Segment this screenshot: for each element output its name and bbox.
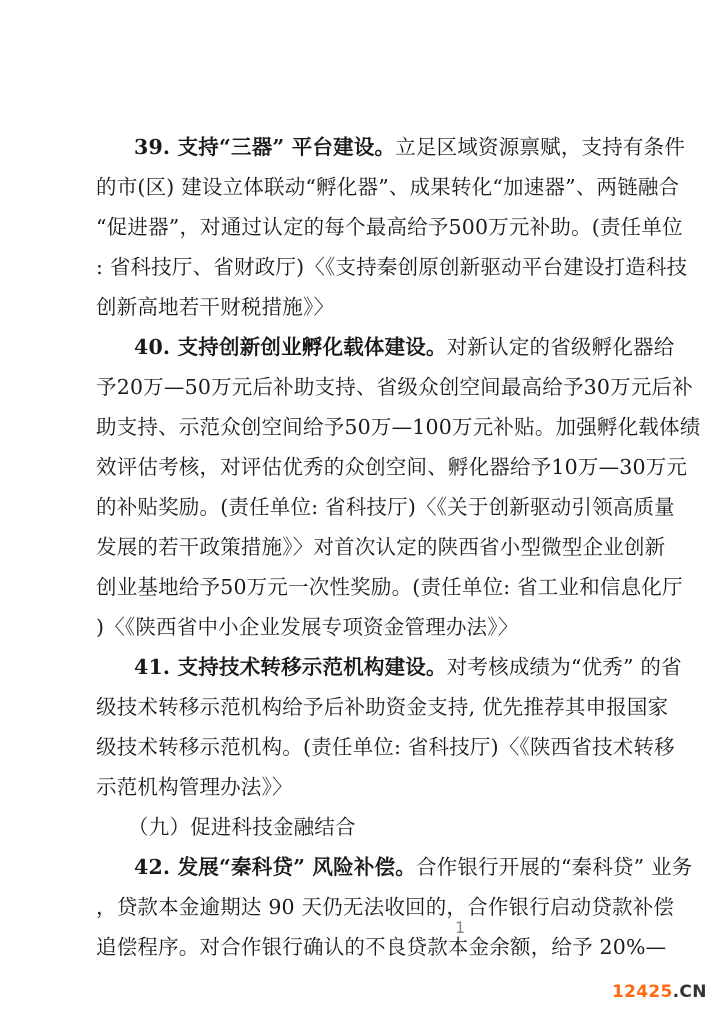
- site-watermark: 12425.CN: [612, 982, 707, 1002]
- text-line: 予20万—50万元后补助支持、省级众创空间最高给予30万元后补: [96, 367, 630, 407]
- document-page: 39. 支持“三器” 平台建设。立足区域资源禀赋，支持有条件 的市(区) 建设立…: [0, 0, 720, 1018]
- text-line: )〈《陕西省中小企业发展专项资金管理办法》〉: [96, 607, 630, 647]
- item-41-heading-line: 41. 支持技术转移示范机构建设。对考核成绩为“优秀” 的省: [134, 647, 630, 687]
- text-line: 的补贴奖励。(责任单位: 省科技厅)〈《关于创新驱动引领高质量: [96, 487, 630, 527]
- item-text: 立足区域资源禀赋，支持有条件: [395, 135, 685, 159]
- item-title: 支持“三器” 平台建设。: [178, 135, 396, 159]
- item-title: 支持技术转移示范机构建设。: [178, 655, 447, 679]
- item-title: 支持创新创业孵化载体建设。: [178, 335, 447, 359]
- item-42-heading-line: 42. 发展“秦科贷” 风险补偿。合作银行开展的“秦科贷” 业务: [134, 847, 630, 887]
- item-text: 合作银行开展的“秦科贷” 业务: [416, 855, 692, 879]
- item-number: 40.: [134, 335, 178, 359]
- text-line: “促进器”，对通过认定的每个最高给予500万元补助。(责任单位: [96, 207, 630, 247]
- item-39-heading-line: 39. 支持“三器” 平台建设。立足区域资源禀赋，支持有条件: [134, 127, 630, 167]
- item-number: 41.: [134, 655, 178, 679]
- watermark-number: 12425: [612, 982, 673, 1002]
- text-line: 创业基地给予50万元一次性奖励。(责任单位: 省工业和信息化厅: [96, 567, 630, 607]
- item-text: 对考核成绩为“优秀” 的省: [447, 655, 682, 679]
- text-line: 创新高地若干财税措施》〉: [96, 287, 630, 327]
- item-40-heading-line: 40. 支持创新创业孵化载体建设。对新认定的省级孵化器给: [134, 327, 630, 367]
- text-line: 级技术转移示范机构。(责任单位: 省科技厅)〈《陕西省技术转移: [96, 727, 630, 767]
- text-line: 追偿程序。对合作银行确认的不良贷款本金余额，给予 20%—: [96, 927, 630, 967]
- watermark-domain: .CN: [673, 982, 707, 1002]
- section-heading: （九）促进科技金融结合: [128, 807, 624, 847]
- text-line: 示范机构管理办法》〉: [96, 767, 630, 807]
- text-line: : 省科技厅、省财政厅)〈《支持秦创原创新驱动平台建设打造科技: [96, 247, 630, 287]
- text-line: 效评估考核，对评估优秀的众创空间、孵化器给予10万—30万元: [96, 447, 630, 487]
- page-number: 1: [455, 918, 465, 937]
- text-line: 助支持、示范众创空间给予50万—100万元补贴。加强孵化载体绩: [96, 407, 630, 447]
- text-line: 的市(区) 建设立体联动“孵化器”、成果转化“加速器”、两链融合: [96, 167, 630, 207]
- item-title: 发展“秦科贷” 风险补偿。: [178, 855, 416, 879]
- text-line: 级技术转移示范机构给予后补助资金支持, 优先推荐其申报国家: [96, 687, 630, 727]
- item-text: 对新认定的省级孵化器给: [447, 335, 675, 359]
- item-number: 39.: [134, 135, 178, 159]
- text-line: 发展的若干政策措施》〉对首次认定的陕西省小型微型企业创新: [96, 527, 630, 567]
- item-number: 42.: [134, 855, 178, 879]
- text-line: ，贷款本金逾期达 90 天仍无法收回的，合作银行启动贷款补偿: [96, 887, 630, 927]
